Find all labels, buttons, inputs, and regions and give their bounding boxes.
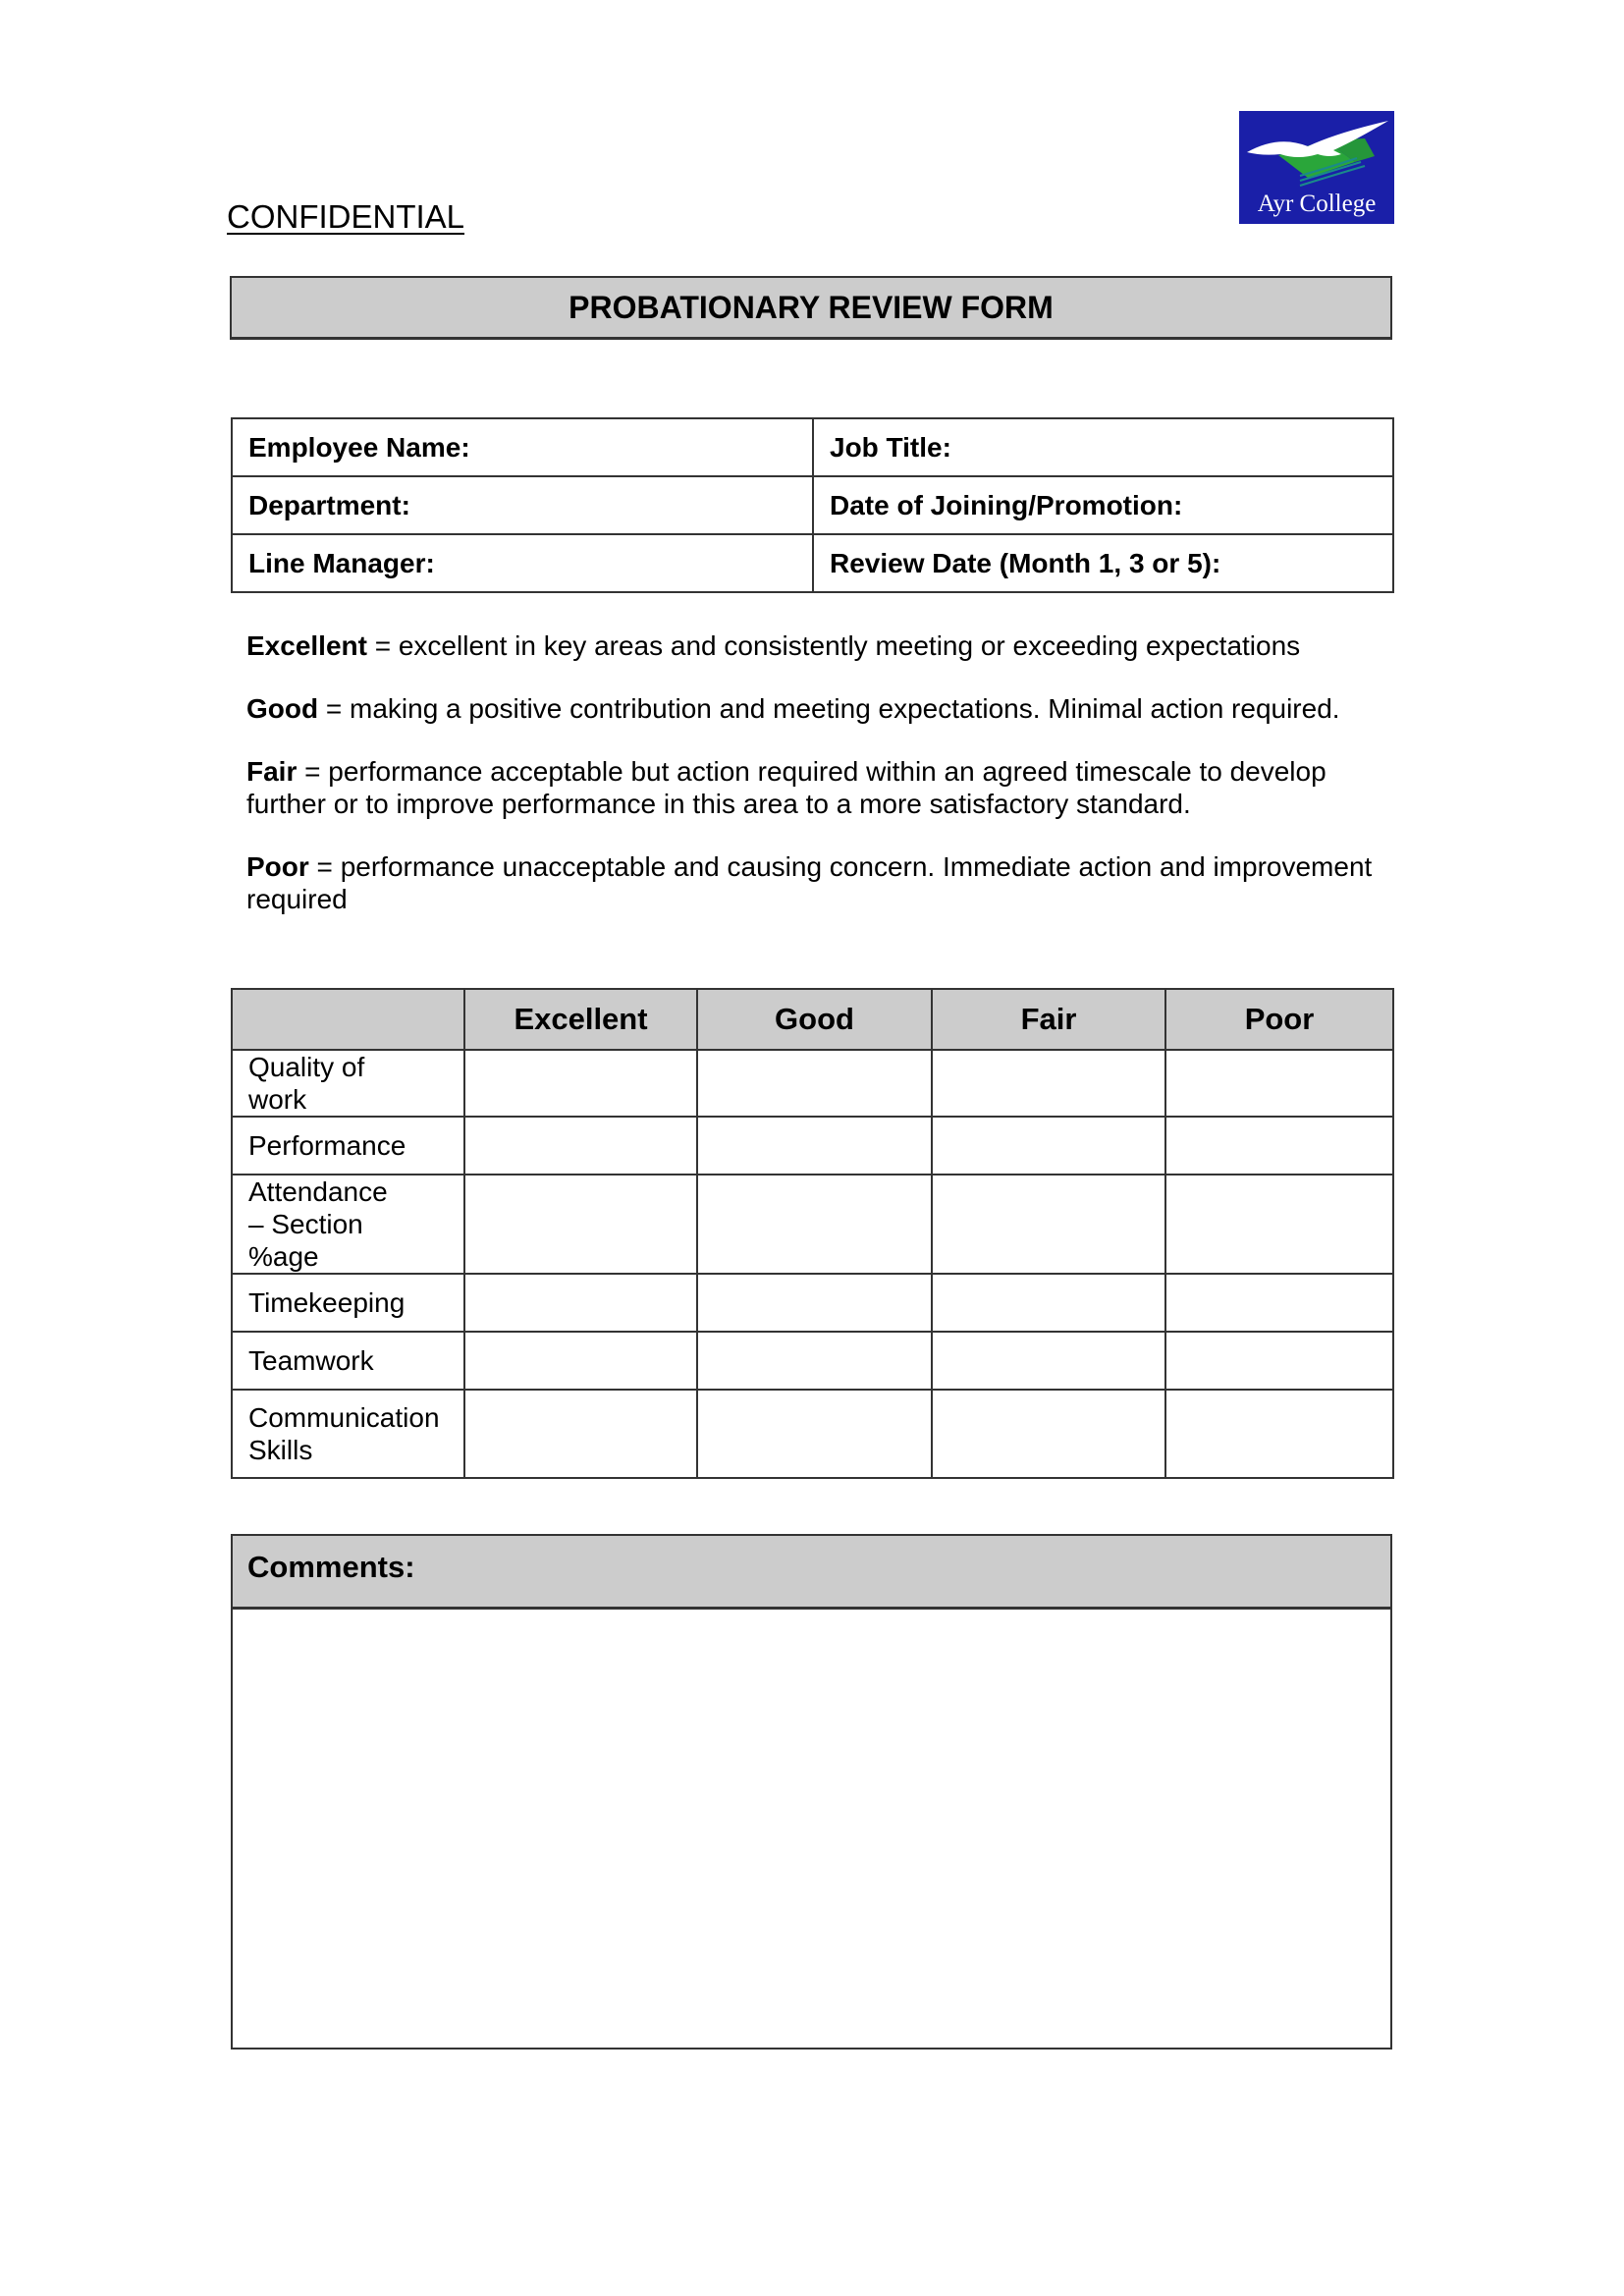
table-row: Quality of work (232, 1050, 1393, 1117)
legend-fair: Fair = performance acceptable but action… (246, 755, 1385, 820)
legend-excellent: Excellent = excellent in key areas and c… (246, 629, 1385, 662)
rating-cell-poor[interactable] (1165, 1050, 1393, 1117)
comments-label: Comments: (233, 1536, 1390, 1610)
rating-cell-fair[interactable] (932, 1175, 1165, 1274)
rating-cell-poor[interactable] (1165, 1390, 1393, 1478)
table-row: Performance (232, 1117, 1393, 1175)
column-header-fair: Fair (932, 989, 1165, 1050)
rating-cell-good[interactable] (697, 1390, 932, 1478)
rating-cell-poor[interactable] (1165, 1332, 1393, 1390)
date-of-joining-field[interactable]: Date of Joining/Promotion: (813, 476, 1393, 534)
rating-cell-good[interactable] (697, 1117, 932, 1175)
logo-text: Ayr College (1239, 191, 1394, 218)
line-manager-field[interactable]: Line Manager: (232, 534, 813, 592)
rating-cell-good[interactable] (697, 1274, 932, 1332)
rating-cell-poor[interactable] (1165, 1175, 1393, 1274)
seagull-book-icon (1239, 111, 1394, 190)
legend-good: Good = making a positive contribution an… (246, 692, 1385, 725)
rating-cell-fair[interactable] (932, 1390, 1165, 1478)
legend-definition: = performance unacceptable and causing c… (246, 851, 1372, 914)
legend-poor: Poor = performance unacceptable and caus… (246, 850, 1385, 915)
rating-cell-excellent[interactable] (464, 1390, 697, 1478)
rating-cell-good[interactable] (697, 1050, 932, 1117)
rating-cell-excellent[interactable] (464, 1332, 697, 1390)
employee-info-table: Employee Name: Job Title: Department: Da… (231, 417, 1394, 593)
rating-header-row: Excellent Good Fair Poor (232, 989, 1393, 1050)
column-header-criteria (232, 989, 464, 1050)
criteria-label: Quality of work (232, 1050, 464, 1117)
rating-cell-excellent[interactable] (464, 1274, 697, 1332)
rating-cell-excellent[interactable] (464, 1050, 697, 1117)
legend-term: Poor (246, 851, 309, 882)
rating-table: Excellent Good Fair Poor Quality of work… (231, 988, 1394, 1479)
criteria-label: Timekeeping (232, 1274, 464, 1332)
legend-term: Fair (246, 756, 297, 787)
column-header-poor: Poor (1165, 989, 1393, 1050)
criteria-label: Communication Skills (232, 1390, 464, 1478)
rating-cell-fair[interactable] (932, 1117, 1165, 1175)
table-row: Teamwork (232, 1332, 1393, 1390)
table-row: Attendance – Section %age (232, 1175, 1393, 1274)
legend-definition: = making a positive contribution and mee… (318, 693, 1339, 724)
criteria-label: Teamwork (232, 1332, 464, 1390)
legend-definition: = excellent in key areas and consistentl… (367, 630, 1300, 661)
info-row: Line Manager: Review Date (Month 1, 3 or… (232, 534, 1393, 592)
rating-cell-good[interactable] (697, 1332, 932, 1390)
comments-box: Comments: (231, 1534, 1392, 2050)
rating-cell-fair[interactable] (932, 1274, 1165, 1332)
rating-cell-excellent[interactable] (464, 1175, 697, 1274)
legend-term: Good (246, 693, 318, 724)
confidential-label: CONFIDENTIAL (227, 198, 464, 236)
rating-cell-poor[interactable] (1165, 1117, 1393, 1175)
ayr-college-logo: Ayr College (1239, 111, 1394, 224)
column-header-good: Good (697, 989, 932, 1050)
table-row: Communication Skills (232, 1390, 1393, 1478)
rating-cell-poor[interactable] (1165, 1274, 1393, 1332)
legend-term: Excellent (246, 630, 367, 661)
column-header-excellent: Excellent (464, 989, 697, 1050)
review-date-field[interactable]: Review Date (Month 1, 3 or 5): (813, 534, 1393, 592)
info-row: Department: Date of Joining/Promotion: (232, 476, 1393, 534)
rating-cell-fair[interactable] (932, 1050, 1165, 1117)
legend-definition: = performance acceptable but action requ… (246, 756, 1326, 819)
department-field[interactable]: Department: (232, 476, 813, 534)
form-title: PROBATIONARY REVIEW FORM (568, 290, 1054, 326)
employee-name-field[interactable]: Employee Name: (232, 418, 813, 476)
criteria-label: Performance (232, 1117, 464, 1175)
rating-cell-excellent[interactable] (464, 1117, 697, 1175)
job-title-field[interactable]: Job Title: (813, 418, 1393, 476)
form-title-box: PROBATIONARY REVIEW FORM (230, 276, 1392, 340)
info-row: Employee Name: Job Title: (232, 418, 1393, 476)
rating-cell-fair[interactable] (932, 1332, 1165, 1390)
table-row: Timekeeping (232, 1274, 1393, 1332)
criteria-label: Attendance – Section %age (232, 1175, 464, 1274)
rating-cell-good[interactable] (697, 1175, 932, 1274)
comments-field[interactable] (233, 1610, 1390, 2048)
